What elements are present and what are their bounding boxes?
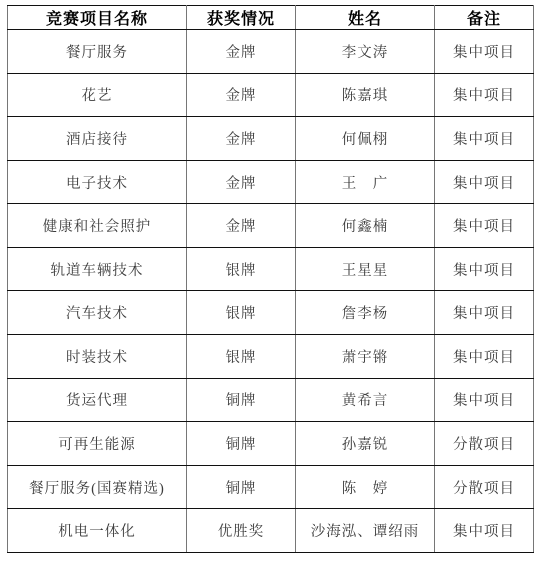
- table-cell-name: 萧宇锵: [296, 335, 435, 379]
- table-cell-remark: 集中项目: [435, 30, 534, 74]
- header-row: 竞赛项目名称 获奖情况 姓名 备注: [8, 6, 534, 30]
- table-cell-name: 李文涛: [296, 30, 435, 74]
- table-cell-name: 何佩栩: [296, 117, 435, 161]
- table-row: 餐厅服务 金牌 李文涛 集中项目: [8, 30, 534, 74]
- table-row: 机电一体化 优胜奖 沙海泓、谭绍雨 集中项目: [8, 509, 534, 553]
- table-cell-award: 银牌: [187, 291, 296, 335]
- table-cell-award: 金牌: [187, 160, 296, 204]
- table-cell-remark: 集中项目: [435, 509, 534, 553]
- table-cell-project: 可再生能源: [8, 422, 187, 466]
- table-cell-remark: 集中项目: [435, 204, 534, 248]
- table-row: 轨道车辆技术 银牌 王星星 集中项目: [8, 247, 534, 291]
- table-cell-award: 铜牌: [187, 422, 296, 466]
- table-cell-project: 货运代理: [8, 378, 187, 422]
- table-cell-remark: 集中项目: [435, 378, 534, 422]
- table-cell-award: 金牌: [187, 73, 296, 117]
- table-cell-remark: 集中项目: [435, 117, 534, 161]
- table-cell-project: 健康和社会照护: [8, 204, 187, 248]
- table-cell-remark: 集中项目: [435, 73, 534, 117]
- table-cell-remark: 分散项目: [435, 465, 534, 509]
- header-cell-remarks: 备注: [435, 6, 534, 30]
- table-cell-name: 孙嘉锐: [296, 422, 435, 466]
- table-row: 可再生能源 铜牌 孙嘉锐 分散项目: [8, 422, 534, 466]
- award-results-table: 竞赛项目名称 获奖情况 姓名 备注 餐厅服务 金牌 李文涛 集中项目 花艺 金牌…: [7, 5, 534, 553]
- table-cell-project: 轨道车辆技术: [8, 247, 187, 291]
- table-cell-name: 何鑫楠: [296, 204, 435, 248]
- header-cell-project-name: 竞赛项目名称: [8, 6, 187, 30]
- table-row: 花艺 金牌 陈嘉琪 集中项目: [8, 73, 534, 117]
- table-row: 酒店接待 金牌 何佩栩 集中项目: [8, 117, 534, 161]
- table-cell-project: 花艺: [8, 73, 187, 117]
- table-cell-remark: 集中项目: [435, 247, 534, 291]
- table-cell-remark: 分散项目: [435, 422, 534, 466]
- table-cell-name: 陈 婷: [296, 465, 435, 509]
- table-cell-project: 时装技术: [8, 335, 187, 379]
- table-cell-award: 金牌: [187, 30, 296, 74]
- table-row: 餐厅服务(国赛精选) 铜牌 陈 婷 分散项目: [8, 465, 534, 509]
- table-row: 健康和社会照护 金牌 何鑫楠 集中项目: [8, 204, 534, 248]
- table-cell-remark: 集中项目: [435, 335, 534, 379]
- table-cell-project: 电子技术: [8, 160, 187, 204]
- table-cell-project: 汽车技术: [8, 291, 187, 335]
- table-cell-award: 银牌: [187, 247, 296, 291]
- header-cell-award-status: 获奖情况: [187, 6, 296, 30]
- table-cell-name: 詹李杨: [296, 291, 435, 335]
- table-cell-award: 金牌: [187, 117, 296, 161]
- table-cell-remark: 集中项目: [435, 291, 534, 335]
- table-cell-name: 王 广: [296, 160, 435, 204]
- page: { "colors": { "background": "#ffffff", "…: [0, 0, 540, 562]
- table-cell-remark: 集中项目: [435, 160, 534, 204]
- table-cell-name: 沙海泓、谭绍雨: [296, 509, 435, 553]
- table-row: 货运代理 铜牌 黄希言 集中项目: [8, 378, 534, 422]
- table-cell-award: 铜牌: [187, 378, 296, 422]
- table-cell-name: 陈嘉琪: [296, 73, 435, 117]
- header-cell-person-name: 姓名: [296, 6, 435, 30]
- table-cell-project: 机电一体化: [8, 509, 187, 553]
- table-cell-award: 铜牌: [187, 465, 296, 509]
- table-cell-project: 餐厅服务: [8, 30, 187, 74]
- table-row: 时装技术 银牌 萧宇锵 集中项目: [8, 335, 534, 379]
- table-cell-project: 餐厅服务(国赛精选): [8, 465, 187, 509]
- table-cell-award: 银牌: [187, 335, 296, 379]
- table-row: 电子技术 金牌 王 广 集中项目: [8, 160, 534, 204]
- table-cell-name: 黄希言: [296, 378, 435, 422]
- table-cell-award: 金牌: [187, 204, 296, 248]
- table-cell-award: 优胜奖: [187, 509, 296, 553]
- table-cell-project: 酒店接待: [8, 117, 187, 161]
- table-cell-name: 王星星: [296, 247, 435, 291]
- table-row: 汽车技术 银牌 詹李杨 集中项目: [8, 291, 534, 335]
